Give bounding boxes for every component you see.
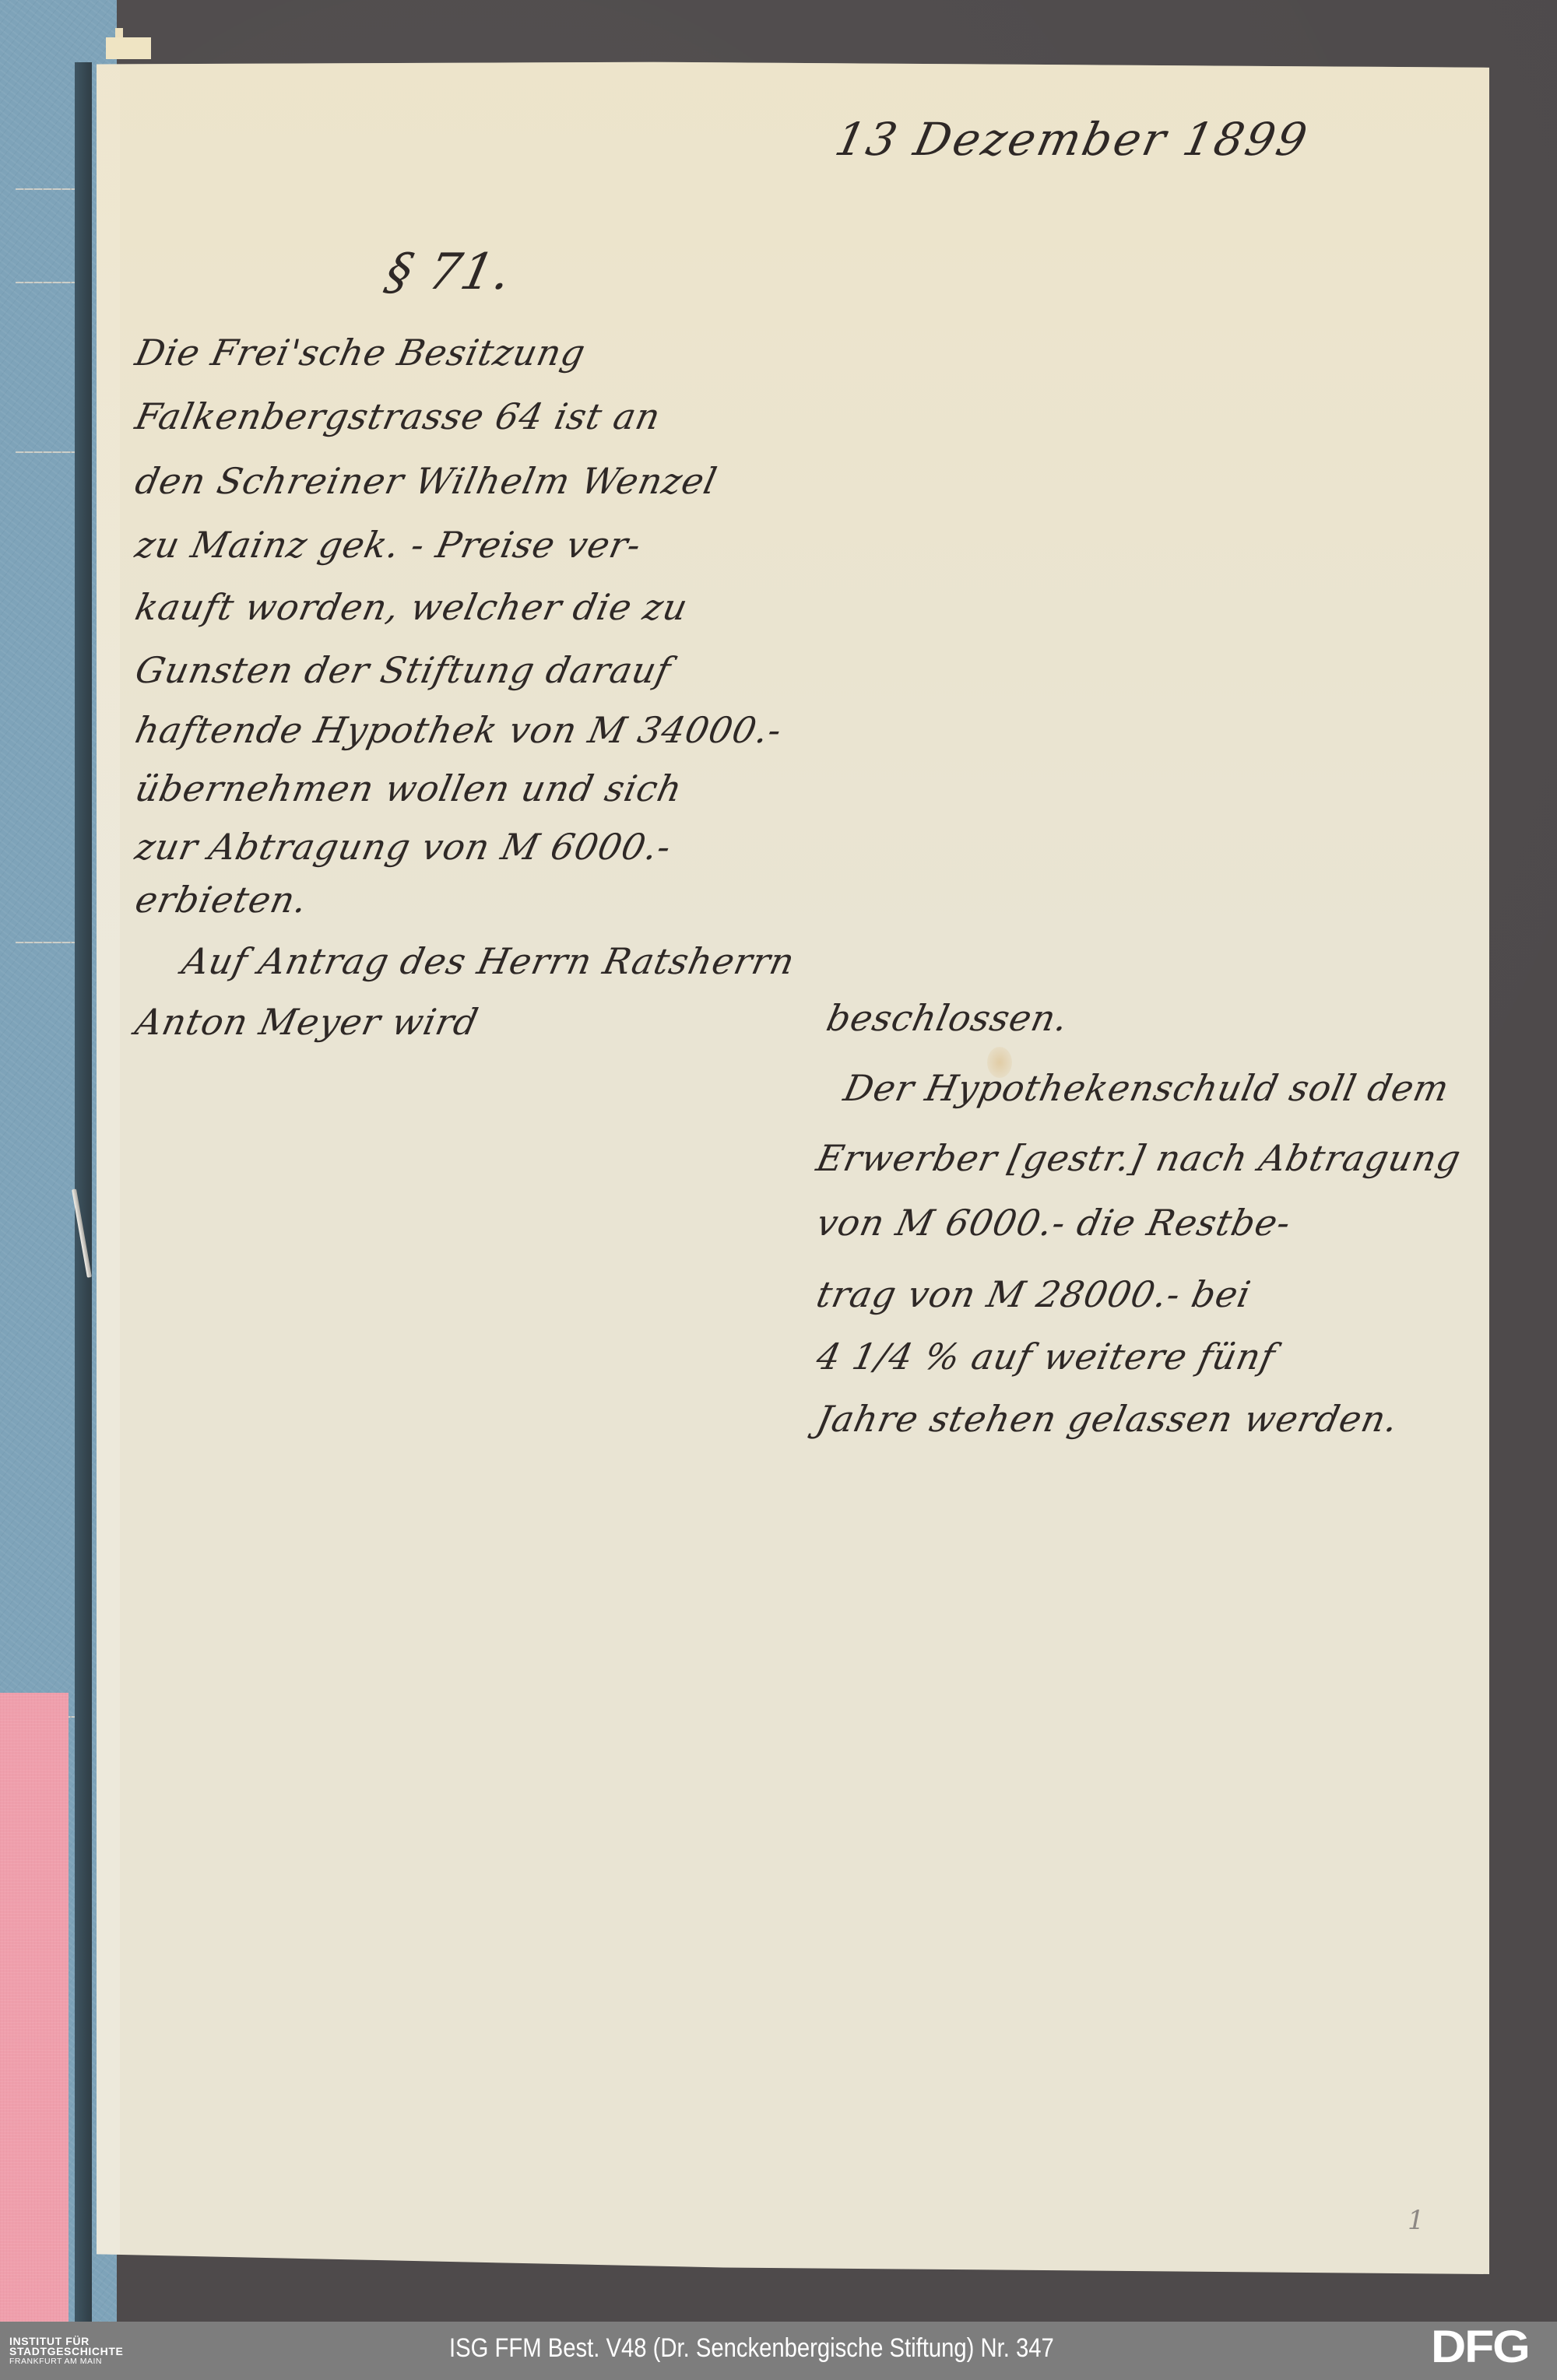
section-mark: § 71. xyxy=(381,247,516,297)
right-line: 4 1/4 % auf weitere fünf xyxy=(814,1339,1279,1374)
right-line: Erwerber [gestr.] nach Abtragung xyxy=(814,1140,1464,1176)
binding-shadow xyxy=(75,62,92,2322)
right-line: trag von M 28000.- bei xyxy=(814,1276,1254,1312)
right-line: Jahre stehen gelassen werden. xyxy=(814,1401,1402,1437)
right-line: Der Hypothekenschuld soll dem xyxy=(841,1070,1453,1106)
left-line: haftende Hypothek von M 34000.- xyxy=(132,712,786,748)
left-line: Auf Antrag des Herrn Ratsherrn xyxy=(179,943,798,979)
left-line: den Schreiner Wilhelm Wenzel xyxy=(132,463,720,499)
paper-tab-fragment xyxy=(106,37,151,59)
pink-marker-tab xyxy=(0,1693,69,2322)
footer-bar: INSTITUT FÜR STADTGESCHICHTE FRANKFURT A… xyxy=(0,2322,1557,2380)
left-line: zu Mainz gek. - Preise ver- xyxy=(132,527,645,563)
left-line: Gunsten der Stiftung darauf xyxy=(132,652,674,688)
left-line: übernehmen wollen und sich xyxy=(132,771,686,806)
resolution-heading: beschlossen. xyxy=(824,1000,1072,1036)
left-line: Anton Meyer wird xyxy=(132,1004,482,1040)
document-date: 13 Dezember 1899 xyxy=(831,117,1313,162)
left-line: Die Frei'sche Besitzung xyxy=(132,335,589,370)
left-line: erbieten. xyxy=(132,882,311,918)
dfg-logo: DFG xyxy=(1431,2329,1557,2365)
isg-logo-line2: STADTGESCHICHTE xyxy=(9,2347,123,2357)
left-line: zur Abtragung von M 6000.- xyxy=(132,829,674,865)
archive-caption: ISG FFM Best. V48 (Dr. Senckenbergische … xyxy=(449,2333,1054,2364)
left-line: Falkenbergstrasse 64 ist an xyxy=(132,398,664,434)
isg-logo-line3: FRANKFURT AM MAIN xyxy=(9,2357,123,2367)
left-line: kauft worden, welcher die zu xyxy=(132,589,691,625)
isg-logo: INSTITUT FÜR STADTGESCHICHTE FRANKFURT A… xyxy=(9,2336,123,2367)
page-number: 1 xyxy=(1408,2205,1425,2236)
right-line: von M 6000.- die Restbe- xyxy=(814,1205,1294,1241)
